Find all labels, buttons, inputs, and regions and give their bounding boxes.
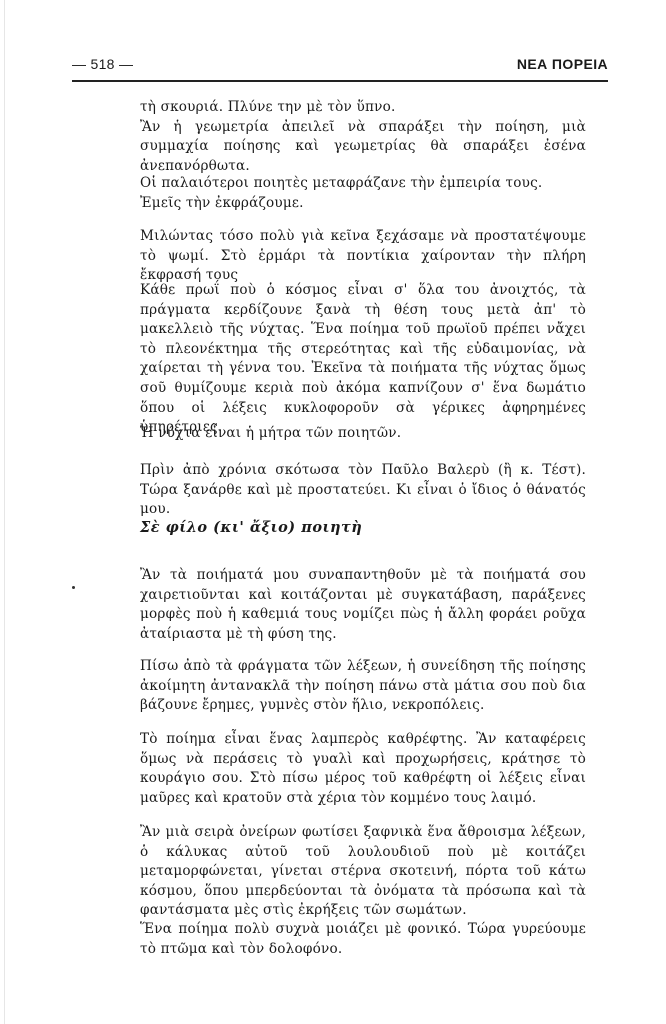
section-paragraph-4: Ἂν μιὰ σειρὰ ὀνείρων φωτίσει ξαφνικὰ ἕνα…: [140, 823, 586, 921]
scan-artifact-dot: [72, 586, 75, 589]
section-heading: Σὲ φίλο (κι' ἄξιο) ποιητὴ: [140, 519, 362, 536]
paragraph-4: Κάθε πρωΐ ποὺ ὁ κόσμος εἶναι σ' ὅλα του …: [140, 281, 586, 438]
paragraph-line: Πρὶν ἀπὸ χρόνια σκότωσα τὸν Παῦλο Βαλερὺ…: [140, 461, 586, 520]
paragraph-line: Ἐμεῖς τὴν ἐκφράζουμε.: [140, 194, 586, 214]
paragraph-line: Ἡ νύχτα εἶναι ἡ μήτρα τῶν ποιητῶν.: [140, 424, 586, 444]
paragraph-line: Πίσω ἀπὸ τὰ φράγματα τῶν λέξεων, ἡ συνεί…: [140, 657, 586, 716]
paragraph-line: τὴ σκουριά. Πλύνε την μὲ τὸν ὕπνο.: [140, 98, 586, 118]
scan-edge-line: [4, 0, 5, 1024]
paragraph-line: Ἂν τὰ ποιήματά μου συναπαντηθοῦν μὲ τὰ π…: [140, 566, 586, 644]
journal-title: ΝΕΑ ΠΟΡΕΙΑ: [517, 56, 608, 72]
paragraph-line: Κάθε πρωΐ ποὺ ὁ κόσμος εἶναι σ' ὅλα του …: [140, 281, 586, 438]
paragraph-5: Ἡ νύχτα εἶναι ἡ μήτρα τῶν ποιητῶν.: [140, 424, 586, 444]
section-paragraph-5: Ἕνα ποίημα πολὺ συχνὰ μοιάζει μὲ φονικό.…: [140, 920, 586, 959]
paragraph-line: Ἂν ἡ γεωμετρία ἀπειλεῖ νὰ σπαράξει τὴν π…: [140, 118, 586, 177]
paragraph-1: τὴ σκουριά. Πλύνε την μὲ τὸν ὕπνο. Ἂν ἡ …: [140, 98, 586, 176]
paragraph-line: Ἕνα ποίημα πολὺ συχνὰ μοιάζει μὲ φονικό.…: [140, 920, 586, 959]
paragraph-line: Οἱ παλαιότεροι ποιητὲς μεταφράζανε τὴν ἐ…: [140, 174, 586, 194]
header-rule: [72, 80, 608, 82]
paragraph-line: Μιλώντας τόσο πολὺ γιὰ κεῖνα ξεχάσαμε νὰ…: [140, 227, 586, 286]
paragraph-2: Οἱ παλαιότεροι ποιητὲς μεταφράζανε τὴν ἐ…: [140, 174, 586, 213]
page-header: — 518 — ΝΕΑ ΠΟΡΕΙΑ: [72, 56, 608, 78]
section-paragraph-2: Πίσω ἀπὸ τὰ φράγματα τῶν λέξεων, ἡ συνεί…: [140, 657, 586, 716]
paragraph-6: Πρὶν ἀπὸ χρόνια σκότωσα τὸν Παῦλο Βαλερὺ…: [140, 461, 586, 520]
section-paragraph-3: Τὸ ποίημα εἶναι ἕνας λαμπερὸς καθρέφτης.…: [140, 730, 586, 808]
page-number: — 518 —: [72, 56, 133, 72]
paragraph-3: Μιλώντας τόσο πολὺ γιὰ κεῖνα ξεχάσαμε νὰ…: [140, 227, 586, 286]
section-paragraph-1: Ἂν τὰ ποιήματά μου συναπαντηθοῦν μὲ τὰ π…: [140, 566, 586, 644]
paragraph-line: Τὸ ποίημα εἶναι ἕνας λαμπερὸς καθρέφτης.…: [140, 730, 586, 808]
paragraph-line: Ἂν μιὰ σειρὰ ὀνείρων φωτίσει ξαφνικὰ ἕνα…: [140, 823, 586, 921]
